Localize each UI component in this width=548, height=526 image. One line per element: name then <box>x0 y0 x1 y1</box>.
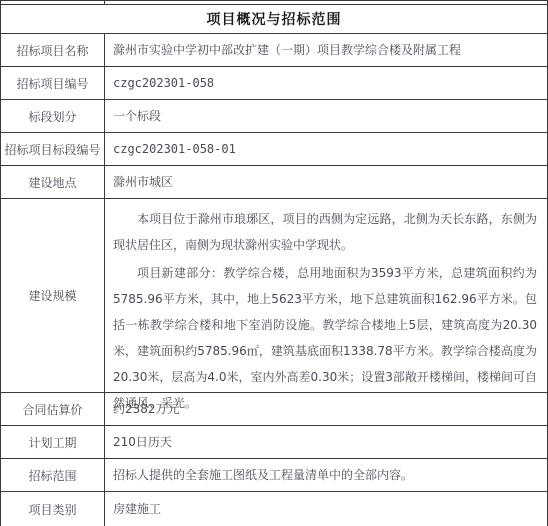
row-value: 本项目位于滁州市琅琊区，项目的西侧为定远路，北侧为天长东路，东侧为现状居住区，南… <box>105 199 547 392</box>
clipped-previous-row-value-cell <box>105 1 547 4</box>
row-project-category: 项目类别 房建施工 <box>1 492 547 526</box>
row-value: czgc202301-058-01 <box>105 133 547 165</box>
scale-paragraph-location: 本项目位于滁州市琅琊区，项目的西侧为定远路，北侧为天长东路，东侧为现状居住区，南… <box>113 206 537 258</box>
row-construction-scale: 建设规模 本项目位于滁州市琅琊区，项目的西侧为定远路，北侧为天长东路，东侧为现状… <box>1 199 547 393</box>
row-value: 滁州市实验中学初中部改扩建（一期）项目教学综合楼及附属工程 <box>105 34 547 66</box>
row-tender-section-number: 招标项目标段编号 czgc202301-058-01 <box>1 133 547 166</box>
row-value: 210日历天 <box>105 426 547 458</box>
row-label: 计划工期 <box>1 426 105 458</box>
row-value: 房建施工 <box>105 492 547 526</box>
row-value: 滁州市城区 <box>105 166 547 198</box>
row-section-division: 标段划分 一个标段 <box>1 100 547 133</box>
row-label: 招标范围 <box>1 459 105 491</box>
row-value: 招标人提供的全套施工图纸及工程量清单中的全部内容。 <box>105 459 547 491</box>
row-label: 建设地点 <box>1 166 105 198</box>
row-value: 约2382万元 <box>105 393 547 425</box>
section-title: 项目概况与招标范围 <box>207 9 342 29</box>
clipped-previous-row-label-cell <box>1 1 105 4</box>
row-value: 一个标段 <box>105 100 547 132</box>
tender-overview-table: 项目概况与招标范围 招标项目名称 滁州市实验中学初中部改扩建（一期）项目教学综合… <box>0 0 548 526</box>
row-planned-duration: 计划工期 210日历天 <box>1 426 547 459</box>
row-label: 建设规模 <box>1 199 105 392</box>
row-contract-estimate: 合同估算价 约2382万元 <box>1 393 547 426</box>
row-label: 项目类别 <box>1 492 105 526</box>
row-construction-site: 建设地点 滁州市城区 <box>1 166 547 199</box>
row-label: 招标项目名称 <box>1 34 105 66</box>
row-label: 合同估算价 <box>1 393 105 425</box>
row-label: 标段划分 <box>1 100 105 132</box>
row-label: 招标项目标段编号 <box>1 133 105 165</box>
row-tender-project-number: 招标项目编号 czgc202301-058 <box>1 67 547 100</box>
row-value: czgc202301-058 <box>105 67 547 99</box>
row-bid-scope: 招标范围 招标人提供的全套施工图纸及工程量清单中的全部内容。 <box>1 459 547 492</box>
row-tender-project-name: 招标项目名称 滁州市实验中学初中部改扩建（一期）项目教学综合楼及附属工程 <box>1 34 547 67</box>
row-label: 招标项目编号 <box>1 67 105 99</box>
section-title-row: 项目概况与招标范围 <box>1 5 547 34</box>
